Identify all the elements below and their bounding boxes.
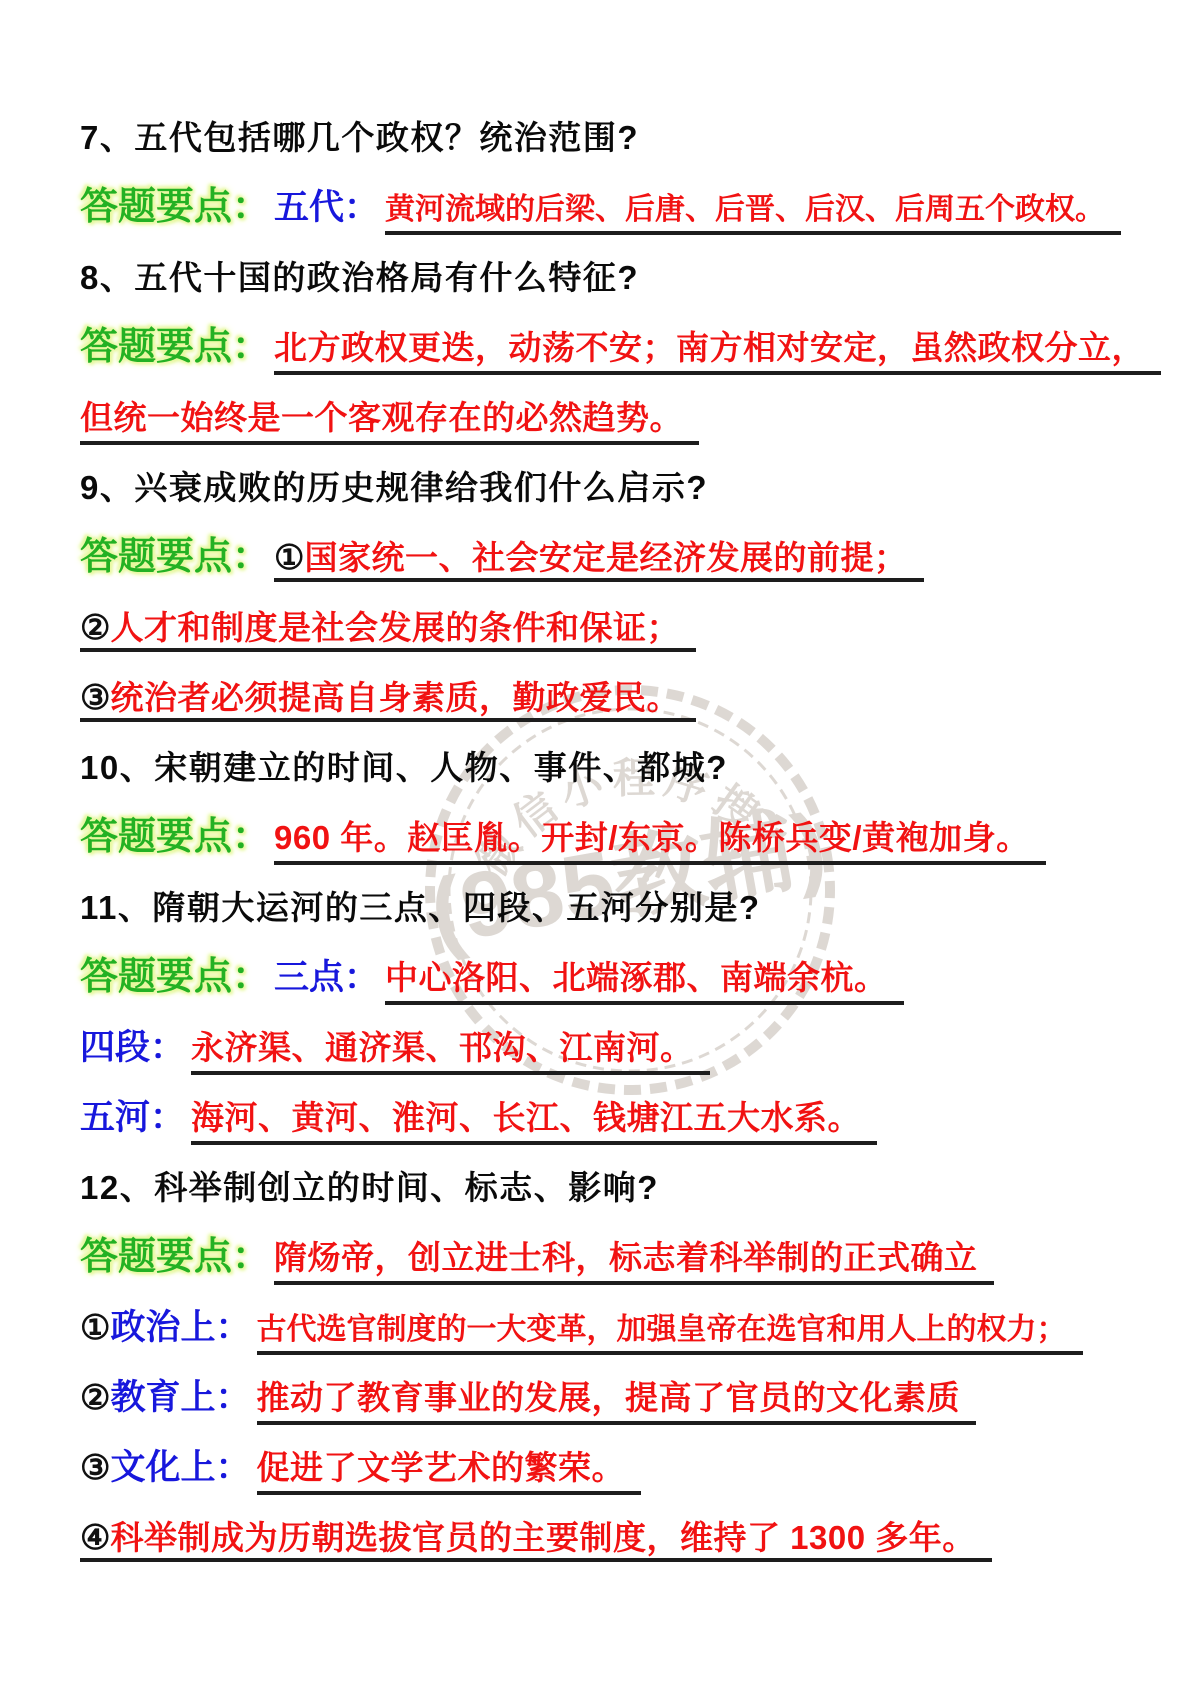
keypoint-label: 答题要点： — [80, 186, 270, 228]
question-7-text: 7、五代包括哪几个政权？统治范围? — [80, 119, 639, 156]
answer-12-sublabel-politics: 政治上： — [110, 1308, 250, 1347]
circled-number-2: ② — [80, 609, 110, 647]
answer-12-education: ②教育上：推动了教育事业的发展，提高了官员的文化素质 — [80, 1366, 1130, 1436]
question-9-text: 9、兴衰成败的历史规律给我们什么启示? — [80, 469, 708, 506]
circled-number-4: ④ — [80, 1519, 110, 1557]
answer-8-text-1: 北方政权更迭，动荡不安；南方相对安定，虽然政权分立， — [274, 329, 1161, 375]
answer-12-sublabel-culture: 文化上： — [110, 1448, 250, 1487]
answer-9-point-2-underline: ②人才和制度是社会发展的条件和保证； — [80, 626, 696, 652]
keypoint-label: 答题要点： — [80, 326, 270, 368]
keypoint-label: 答题要点： — [80, 1236, 270, 1278]
answer-12-point-4-underline: ④科举制成为历朝选拔官员的主要制度，维持了 1300 多年。 — [80, 1536, 992, 1562]
keypoint-label: 答题要点： — [80, 536, 270, 578]
answer-7-text: 黄河流域的后梁、后唐、后晋、后汉、后周五个政权。 — [385, 193, 1121, 235]
answer-7: 答题要点：五代：黄河流域的后梁、后唐、后晋、后汉、后周五个政权。 — [80, 176, 1130, 246]
answer-12-main: 答题要点：隋炀帝，创立进士科，标志着科举制的正式确立 — [80, 1226, 1130, 1296]
circled-number-1: ① — [80, 1309, 110, 1347]
answer-8-line-2: 但统一始终是一个客观存在的必然趋势。 — [80, 386, 1130, 456]
answer-11-rivers: 五河：海河、黄河、淮河、长江、钱塘江五大水系。 — [80, 1086, 1130, 1156]
question-8: 8、五代十国的政治格局有什么特征? — [80, 246, 1130, 316]
circled-number-1: ① — [274, 539, 304, 577]
question-12-text: 12、科举制创立的时间、标志、影响? — [80, 1169, 659, 1206]
question-11-text: 11、隋朝大运河的三点、四段、五河分别是? — [80, 889, 761, 926]
answer-11-sublabel-points: 三点： — [274, 958, 379, 997]
answer-9-point-2: ②人才和制度是社会发展的条件和保证； — [80, 596, 1130, 666]
answer-11-rivers-text: 海河、黄河、淮河、长江、钱塘江五大水系。 — [191, 1099, 877, 1145]
answer-11-points-text: 中心洛阳、北端涿郡、南端余杭。 — [385, 959, 904, 1005]
answer-9-text-3: 统治者必须提高自身素质，勤政爱民。 — [110, 679, 680, 716]
circled-number-2: ② — [80, 1379, 110, 1417]
question-7: 7、五代包括哪几个政权？统治范围? — [80, 106, 1130, 176]
answer-10: 答题要点：960 年。赵匡胤。开封/东京。陈桥兵变/黄袍加身。 — [80, 806, 1130, 876]
answer-11-sublabel-sections: 四段： — [80, 1028, 185, 1067]
answer-12-politics-text: 古代选官制度的一大变革，加强皇帝在选官和用人上的权力； — [257, 1313, 1083, 1355]
answer-7-sublabel: 五代： — [274, 188, 379, 227]
question-10: 10、宋朝建立的时间、人物、事件、都城? — [80, 736, 1130, 806]
question-9: 9、兴衰成败的历史规律给我们什么启示? — [80, 456, 1130, 526]
question-8-text: 8、五代十国的政治格局有什么特征? — [80, 259, 639, 296]
answer-11-sections: 四段：永济渠、通济渠、邗沟、江南河。 — [80, 1016, 1130, 1086]
answer-11-sublabel-rivers: 五河： — [80, 1098, 185, 1137]
circled-number-3: ③ — [80, 1449, 110, 1487]
answer-9-point-1-underline: ①国家统一、社会安定是经济发展的前提； — [274, 556, 923, 582]
question-12: 12、科举制创立的时间、标志、影响? — [80, 1156, 1130, 1226]
answer-9-text-2: 人才和制度是社会发展的条件和保证； — [110, 609, 680, 646]
circled-number-3: ③ — [80, 679, 110, 717]
answer-12-culture: ③文化上：促进了文学艺术的繁荣。 — [80, 1436, 1130, 1506]
answer-9-text-1: 国家统一、社会安定是经济发展的前提； — [305, 539, 908, 576]
answer-9-point-3: ③统治者必须提高自身素质，勤政爱民。 — [80, 666, 1130, 736]
answer-12-point-4-text: 科举制成为历朝选拔官员的主要制度，维持了 1300 多年。 — [110, 1519, 975, 1556]
answer-12-education-text: 推动了教育事业的发展，提高了官员的文化素质 — [257, 1379, 977, 1425]
answer-12-culture-text: 促进了文学艺术的繁荣。 — [257, 1449, 642, 1495]
answer-12-sublabel-education: 教育上： — [110, 1378, 250, 1417]
answer-12-point-4: ④科举制成为历朝选拔官员的主要制度，维持了 1300 多年。 — [80, 1506, 1130, 1576]
answer-12-main-text: 隋炀帝，创立进士科，标志着科举制的正式确立 — [274, 1239, 994, 1285]
notes-page: 7、五代包括哪几个政权？统治范围? 答题要点：五代：黄河流域的后梁、后唐、后晋、… — [0, 0, 1190, 1576]
answer-10-text: 960 年。赵匡胤。开封/东京。陈桥兵变/黄袍加身。 — [274, 819, 1046, 865]
keypoint-label: 答题要点： — [80, 956, 270, 998]
answer-9-point-1: 答题要点：①国家统一、社会安定是经济发展的前提； — [80, 526, 1130, 596]
question-11: 11、隋朝大运河的三点、四段、五河分别是? — [80, 876, 1130, 946]
answer-8-text-2: 但统一始终是一个客观存在的必然趋势。 — [80, 399, 699, 445]
answer-12-politics: ①政治上：古代选官制度的一大变革，加强皇帝在选官和用人上的权力； — [80, 1296, 1130, 1366]
keypoint-label: 答题要点： — [80, 816, 270, 858]
answer-9-point-3-underline: ③统治者必须提高自身素质，勤政爱民。 — [80, 696, 696, 722]
question-10-text: 10、宋朝建立的时间、人物、事件、都城? — [80, 749, 728, 786]
answer-11-sections-text: 永济渠、通济渠、邗沟、江南河。 — [191, 1029, 710, 1075]
answer-11-points: 答题要点：三点：中心洛阳、北端涿郡、南端余杭。 — [80, 946, 1130, 1016]
answer-8-line-1: 答题要点：北方政权更迭，动荡不安；南方相对安定，虽然政权分立， — [80, 316, 1130, 386]
